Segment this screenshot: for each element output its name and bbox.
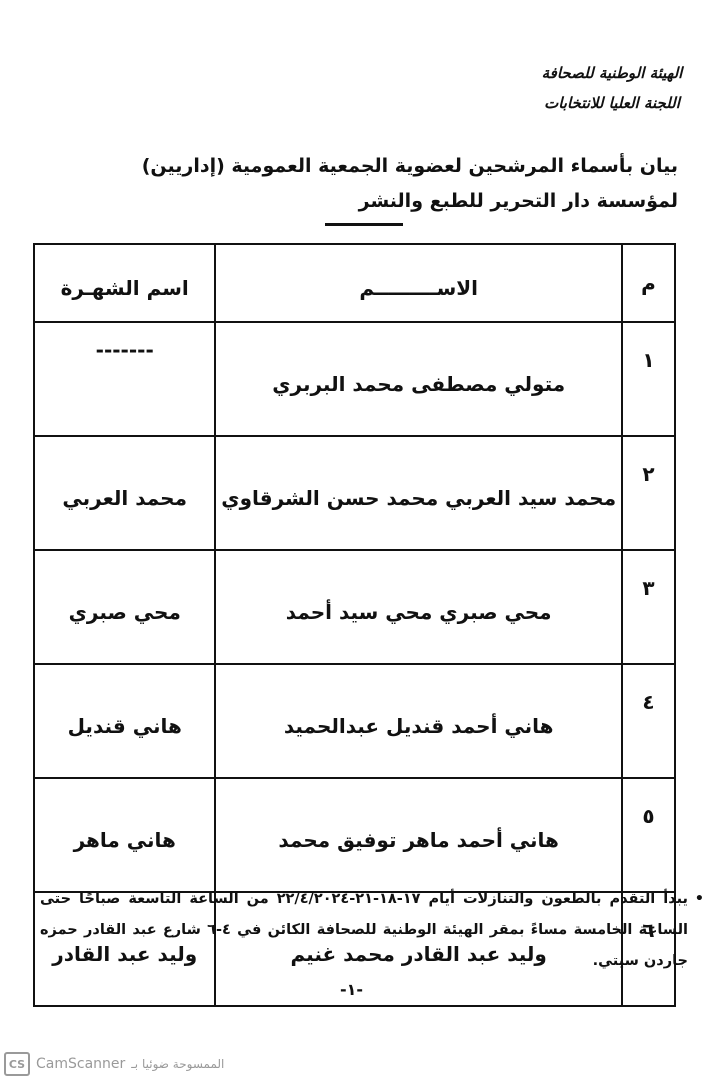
row-alias: ------- [34, 322, 215, 436]
row-alias: محي صبري [34, 550, 215, 664]
table-row: ٥ هاني أحمد ماهر توفيق محمد هاني ماهر [34, 778, 675, 892]
row-name: محي صبري محي سيد أحمد [215, 550, 622, 664]
watermark-text: CamScanner [36, 1056, 125, 1072]
bullet-icon: • [695, 884, 704, 915]
row-num: ٢ [622, 436, 675, 550]
table-header-row: م الاســـــــــم اسم الشهـرة [34, 244, 675, 322]
row-num: ٣ [622, 550, 675, 664]
header-num: م [622, 244, 675, 322]
row-alias: محمد العربي [34, 436, 215, 550]
row-alias: هاني قنديل [34, 664, 215, 778]
title-line-2: لمؤسسة دار التحرير للطبع والنشر [118, 190, 678, 212]
camscanner-logo-icon: CS [4, 1052, 30, 1076]
row-name: متولي مصطفى محمد البربري [215, 322, 622, 436]
table-row: ٣ محي صبري محي سيد أحمد محي صبري [34, 550, 675, 664]
objections-note: • يبدأ التقدم بالطعون والتنازلات أيام ١٧… [40, 884, 688, 977]
letterhead-line-1: الهيئة الوطنية للصحافة [532, 58, 692, 88]
row-name: هاني أحمد قنديل عبدالحميد [215, 664, 622, 778]
table-row: ١ متولي مصطفى محمد البربري ------- [34, 322, 675, 436]
camscanner-watermark: CS CamScanner الممسوحة ضوئيا بـ [4, 1052, 224, 1076]
table-row: ٢ محمد سيد العربي محمد حسن الشرقاوي محمد… [34, 436, 675, 550]
row-num: ١ [622, 322, 675, 436]
watermark-arabic: الممسوحة ضوئيا بـ [131, 1057, 224, 1071]
title-line-1: بيان بأسماء المرشحين لعضوية الجمعية العم… [118, 155, 678, 177]
header-name: الاســـــــــم [215, 244, 622, 322]
page-number: -١- [340, 980, 363, 999]
table-row: ٤ هاني أحمد قنديل عبدالحميد هاني قنديل [34, 664, 675, 778]
row-name: هاني أحمد ماهر توفيق محمد [215, 778, 622, 892]
row-alias: هاني ماهر [34, 778, 215, 892]
title-underline [325, 223, 403, 226]
letterhead-line-2: اللجنة العليا للانتخابات [532, 88, 692, 118]
letterhead: الهيئة الوطنية للصحافة اللجنة العليا للا… [532, 58, 692, 118]
row-num: ٥ [622, 778, 675, 892]
row-name: محمد سيد العربي محمد حسن الشرقاوي [215, 436, 622, 550]
row-num: ٤ [622, 664, 675, 778]
header-alias: اسم الشهـرة [34, 244, 215, 322]
note-text: يبدأ التقدم بالطعون والتنازلات أيام ١٧-١… [40, 891, 688, 969]
